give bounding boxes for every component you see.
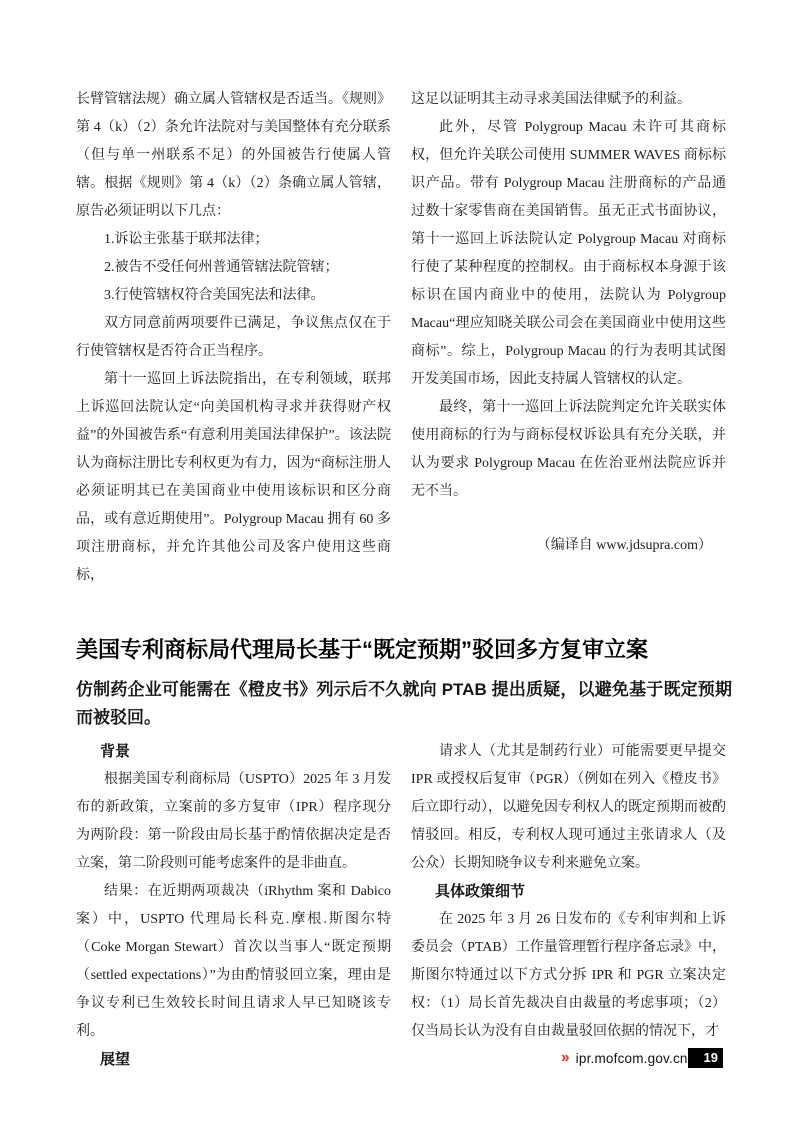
paragraph: 长臂管辖法规）确立属人管辖权是否适当。《规则》第 4（k）（2）条允许法院对与美… — [76, 86, 391, 226]
paragraph: 在 2025 年 3 月 26 日发布的《专利审判和上诉委员会（PTAB）工作量… — [411, 906, 726, 1046]
bottom-left-column: 背景 根据美国专利商标局（USPTO）2025 年 3 月发布的新政策，立案前的… — [76, 738, 391, 1074]
paragraph: 此外，尽管 Polygroup Macau 未许可其商标权，但允许关联公司使用 … — [411, 114, 726, 394]
paragraph: 第十一巡回上诉法院指出，在专利领域，联邦上诉巡回法院认定“向美国机构寻求并获得财… — [76, 366, 391, 590]
paragraph: 根据美国专利商标局（USPTO）2025 年 3 月发布的新政策，立案前的多方复… — [76, 766, 391, 878]
section-heading: 展望 — [76, 1046, 391, 1074]
article-polygroup-section: 长臂管辖法规）确立属人管辖权是否适当。《规则》第 4（k）（2）条允许法院对与美… — [76, 86, 726, 590]
footer-site-url: ipr.mofcom.gov.cn — [576, 1051, 688, 1066]
top-left-column: 长臂管辖法规）确立属人管辖权是否适当。《规则》第 4（k）（2）条允许法院对与美… — [76, 86, 391, 590]
article-header: 美国专利商标局代理局长基于“既定预期”驳回多方复审立案 仿制药企业可能需在《橙皮… — [76, 634, 732, 732]
paragraph: 最终，第十一巡回上诉法院判定允许关联实体使用商标的行为与商标侵权诉讼具有充分关联… — [411, 394, 726, 506]
paragraph: 双方同意前两项要件已满足，争议焦点仅在于行使管辖权是否符合正当程序。 — [76, 310, 391, 366]
section-heading: 背景 — [76, 738, 391, 766]
page-footer: ›› ipr.mofcom.gov.cn 19 — [561, 1047, 723, 1069]
top-right-column: 这足以证明其主动寻求美国法律赋予的利益。 此外，尽管 Polygroup Mac… — [411, 86, 726, 590]
paragraph: 这足以证明其主动寻求美国法律赋予的利益。 — [411, 86, 726, 114]
article-title: 美国专利商标局代理局长基于“既定预期”驳回多方复审立案 — [76, 634, 732, 666]
list-item: 1.诉讼主张基于联邦法律； — [76, 226, 391, 254]
paragraph: 请求人（尤其是制药行业）可能需要更早提交 IPR 或授权后复审（PGR）（例如在… — [411, 738, 726, 878]
section-heading: 具体政策细节 — [411, 878, 726, 906]
double-chevron-icon: ›› — [561, 1048, 568, 1068]
article-uspto-section: 背景 根据美国专利商标局（USPTO）2025 年 3 月发布的新政策，立案前的… — [76, 738, 726, 1074]
article-subtitle: 仿制药企业可能需在《橙皮书》列示后不久就向 PTAB 提出质疑，以避免基于既定预… — [76, 676, 732, 732]
page-number-badge: 19 — [688, 1048, 723, 1068]
list-item: 2.被告不受任何州普通管辖法院管辖； — [76, 254, 391, 282]
page-content: 长臂管辖法规）确立属人管辖权是否适当。《规则》第 4（k）（2）条允许法院对与美… — [76, 86, 726, 1074]
source-attribution: （编译自 www.jdsupra.com） — [411, 532, 726, 560]
list-item: 3.行使管辖权符合美国宪法和法律。 — [76, 282, 391, 310]
bottom-right-column: 请求人（尤其是制药行业）可能需要更早提交 IPR 或授权后复审（PGR）（例如在… — [411, 738, 726, 1074]
paragraph: 结果：在近期两项裁决（iRhythm 案和 Dabico 案）中，USPTO 代… — [76, 878, 391, 1046]
